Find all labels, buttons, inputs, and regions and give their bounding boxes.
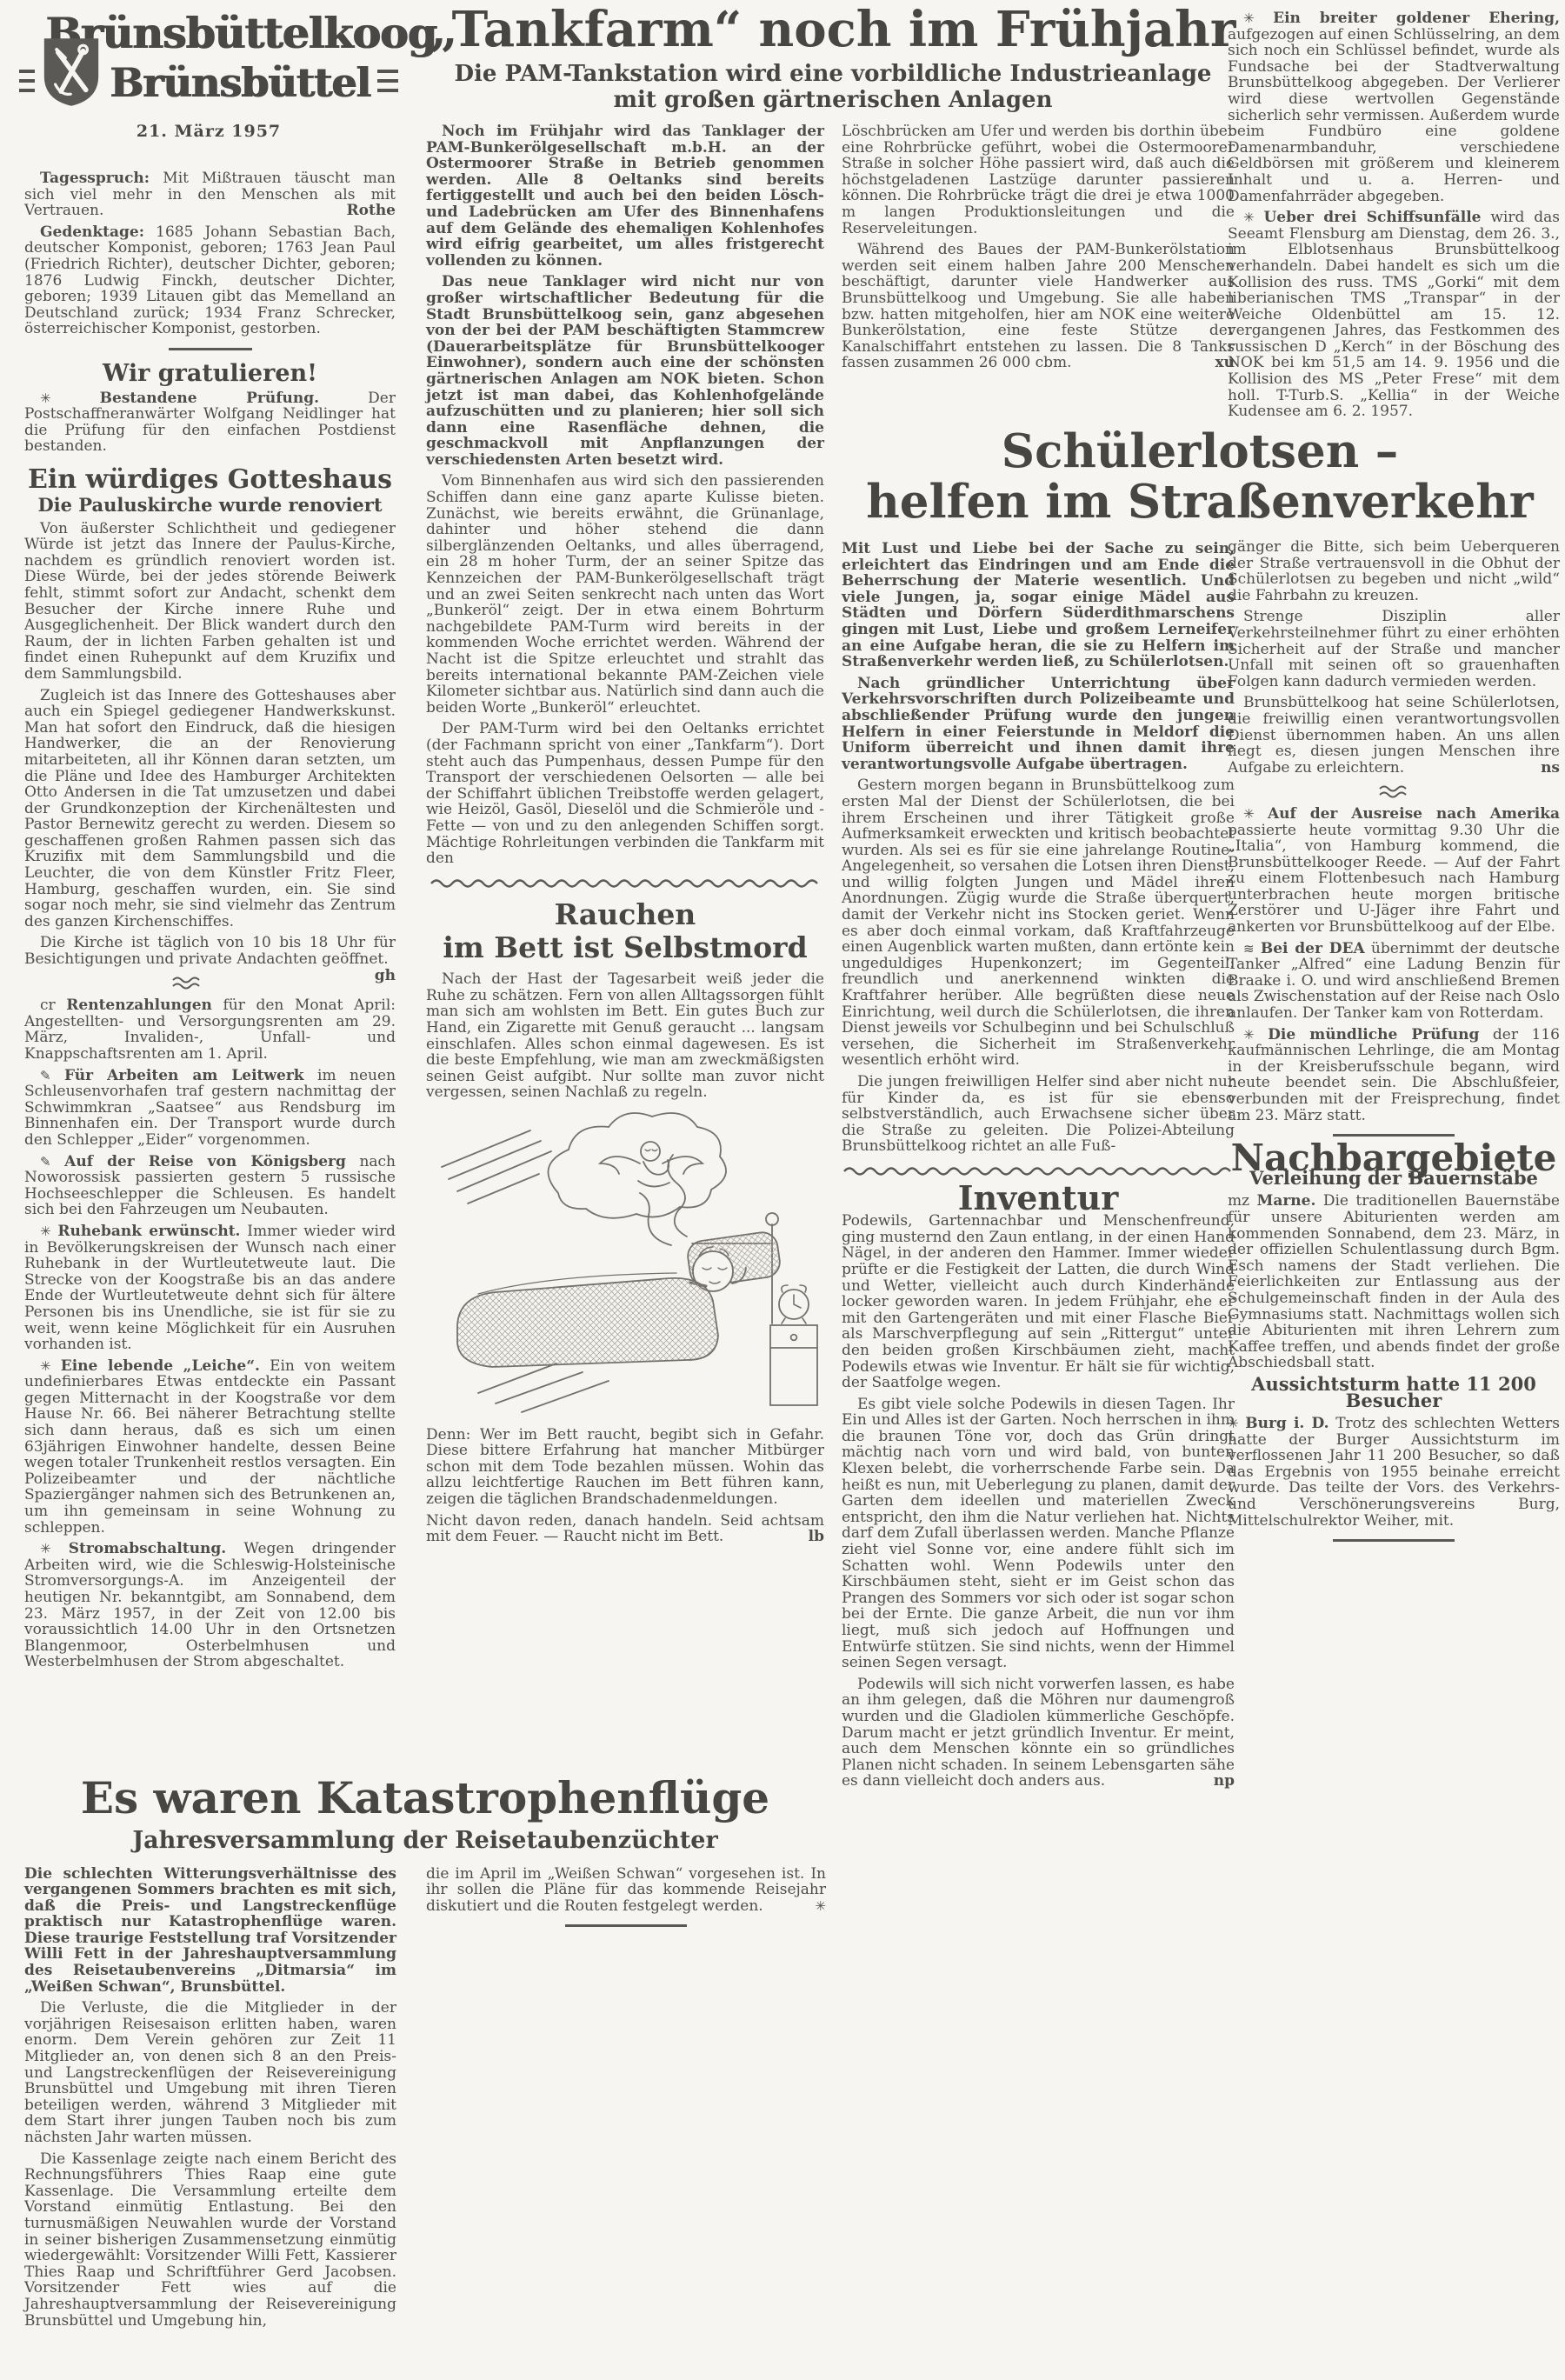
wave-icon bbox=[24, 975, 396, 991]
news-brief: ✎ Auf der Reise von Königsberg nach Nowo… bbox=[24, 1154, 396, 1218]
tankfarm-subhead-1: Die PAM-Tankstation wird eine vorbildlic… bbox=[424, 61, 1242, 87]
article-paragraph: Die Kassenlage zeigte nach einem Bericht… bbox=[24, 2151, 396, 2330]
brief-lead: Eine lebende „Leiche“. bbox=[61, 1357, 260, 1375]
masthead-title-line2: Brünsbüttel bbox=[110, 63, 370, 103]
gratulieren-headline: Wir gratulieren! bbox=[24, 361, 396, 387]
paragraph-text: Podewils will sich nicht vorwerfen lasse… bbox=[842, 1676, 1235, 1790]
divider bbox=[1333, 1539, 1455, 1542]
brief-lead: Rentenzahlungen bbox=[66, 997, 212, 1014]
speedlines-right-icon bbox=[377, 70, 398, 96]
article-paragraph: Die Verluste, die die Mitglieder in der … bbox=[24, 2000, 396, 2145]
rauchen-headline: Rauchenim Bett ist Selbstmord bbox=[426, 898, 824, 964]
paragraph-text: Die Kirche ist täglich von 10 bis 18 Uhr… bbox=[24, 934, 396, 968]
column-4-upper: ✳ Ein breiter goldener Ehering, aufgezog… bbox=[1228, 10, 1560, 425]
gedenktage: Gedenktage: 1685 Johann Sebastian Bach, … bbox=[24, 224, 396, 337]
gotteshaus-subhead: Die Pauluskirche wurde renoviert bbox=[24, 497, 396, 514]
brief-text: Ein von weitem undefinierbares Etwas ent… bbox=[24, 1357, 396, 1537]
brief-lead: Auf der Ausreise nach Amerika bbox=[1268, 805, 1560, 823]
author-initials: np bbox=[1189, 1773, 1235, 1790]
bed-smoking-cartoon bbox=[426, 1106, 824, 1423]
article-paragraph: Löschbrücken am Ufer und werden bis dort… bbox=[842, 123, 1235, 237]
column-3-lower: Mit Lust und Liebe bei der Sache zu sein… bbox=[842, 541, 1235, 1795]
tagesspruch-label: Tagesspruch: bbox=[40, 170, 150, 187]
tagesspruch-author: Rothe bbox=[323, 203, 396, 219]
article-paragraph: Nach der Hast der Tagesarbeit weiß jeder… bbox=[426, 971, 824, 1101]
katastrophenfluege-subhead: Jahresversammlung der Reisetaubenzüchter bbox=[24, 1827, 826, 1854]
news-brief: ✳ Auf der Ausreise nach Amerika passiert… bbox=[1228, 806, 1560, 936]
brief-lead: Auf der Reise von Königsberg bbox=[64, 1153, 346, 1170]
pen-icon: ✎ bbox=[40, 1068, 51, 1083]
brief-text: aufgezogen auf einen Schlüsselring, an d… bbox=[1228, 26, 1560, 205]
article-paragraph: Es gibt viele solche Podewils in diesen … bbox=[842, 1397, 1235, 1671]
star-icon: ✳ bbox=[40, 390, 51, 406]
article-paragraph: Zugleich ist das Innere des Gotteshauses… bbox=[24, 688, 396, 930]
news-brief: ✳ Eine lebende „Leiche“. Ein von weitem … bbox=[24, 1358, 396, 1537]
brief-lead: Bei der DEA bbox=[1261, 940, 1365, 957]
tagesspruch: Tagesspruch: Mit Mißtrauen täuscht man s… bbox=[24, 170, 396, 219]
article-paragraph: Der PAM-Turm wird bei den Oeltanks erric… bbox=[426, 721, 824, 866]
author-initials: gh bbox=[350, 968, 396, 984]
inventur-headline: Inventur bbox=[842, 1190, 1235, 1207]
star-icon: ✳ bbox=[40, 1223, 51, 1239]
wave-chain-divider bbox=[842, 1162, 1235, 1178]
article-paragraph: Podewils will sich nicht vorwerfen lasse… bbox=[842, 1677, 1235, 1790]
article-paragraph: Noch im Frühjahr wird das Tanklager der … bbox=[426, 123, 824, 269]
column-1: Tagesspruch: Mit Mißtrauen täuscht man s… bbox=[24, 170, 396, 1676]
brief-lead: Burg i. D. bbox=[1245, 1415, 1329, 1432]
paragraph-text: Während des Baues der PAM-Bunkerölstatio… bbox=[842, 241, 1235, 371]
paragraph-text: Brunsbüttelkoog hat seine Schülerlotsen,… bbox=[1228, 694, 1560, 776]
brief-lead: Ruhebank erwünscht. bbox=[57, 1223, 240, 1240]
news-brief: cr Rentenzahlungen für den Monat April: … bbox=[24, 997, 396, 1062]
coat-of-arms-icon bbox=[40, 35, 103, 113]
star-icon: ✳ bbox=[1243, 1027, 1255, 1043]
schuelerlotsen-headline-line1: Schülerlotsen – bbox=[1002, 424, 1398, 478]
article-paragraph: Die schlechten Witterungsverhältnisse de… bbox=[24, 1866, 396, 1996]
brief-lead: Für Arbeiten am Leitwerk bbox=[64, 1067, 304, 1084]
article-paragraph: die im April im „Weißen Schwan“ vorgeseh… bbox=[426, 1866, 826, 1915]
masthead: Brünsbüttelkoog Brünsbüttel 21. März 195… bbox=[19, 12, 398, 141]
brief-text: Die traditionellen Bauernstäbe für unser… bbox=[1228, 1192, 1560, 1371]
brief-text: Wegen dringender Arbeiten wird, wie die … bbox=[24, 1540, 396, 1670]
tankfarm-subhead-2: mit großen gärtnerischen Anlagen bbox=[424, 87, 1242, 113]
article-paragraph: Die jungen freiwilligen Helfer sind aber… bbox=[842, 1074, 1235, 1155]
column-2: Noch im Frühjahr wird das Tanklager der … bbox=[426, 123, 824, 1550]
star-icon: ✳ bbox=[1228, 1416, 1239, 1431]
star-icon: ✳ bbox=[1243, 10, 1255, 26]
tankfarm-headline-block: „Tankfarm“ noch im Frühjahr Die PAM-Tank… bbox=[424, 5, 1242, 113]
article-paragraph: Brunsbüttelkoog hat seine Schülerlotsen,… bbox=[1228, 695, 1560, 776]
wave-chain-divider bbox=[426, 874, 824, 890]
brief-text: passierte heute vormittag 9.30 Uhr die „… bbox=[1228, 822, 1560, 937]
article-paragraph: Gestern morgen begann in Brunsbüttelkoog… bbox=[842, 777, 1235, 1069]
brief-text: Trotz des schlechten Wetters hatte der B… bbox=[1228, 1415, 1560, 1530]
article-paragraph: Das neue Tanklager wird nicht nur von gr… bbox=[426, 274, 824, 468]
star-icon: ✳ bbox=[806, 1898, 826, 1915]
katastrophenfluege-columns: Die schlechten Witterungsverhältnisse de… bbox=[24, 1866, 826, 2335]
correspondent-prefix: mz bbox=[1228, 1192, 1249, 1210]
masthead-row: Brünsbüttel bbox=[19, 52, 398, 113]
article-paragraph: Strenge Disziplin aller Verkehrsteilnehm… bbox=[1228, 609, 1560, 690]
author-initials: lb bbox=[800, 1529, 824, 1545]
star-icon: ✳ bbox=[40, 1358, 51, 1374]
brief-lead: Stromabschaltung. bbox=[69, 1540, 226, 1557]
article-paragraph: Podewils, Gartennachbar und Menschenfreu… bbox=[842, 1213, 1235, 1391]
article-paragraph: Von äußerster Schlichtheit und gediegene… bbox=[24, 521, 396, 683]
news-brief: ✳ Burg i. D. Trotz des schlechten Wetter… bbox=[1228, 1416, 1560, 1529]
news-brief: ≋ Bei der DEA übernimmt der deutsche Tan… bbox=[1228, 941, 1560, 1022]
pen-icon: ✎ bbox=[40, 1154, 51, 1170]
article-paragraph: gänger die Bitte, sich beim Ueberqueren … bbox=[1228, 539, 1560, 603]
nachbargebiete-headline: Nachbargebiete bbox=[1228, 1150, 1560, 1167]
author-initials: ns bbox=[1516, 760, 1560, 777]
gedenktage-text: 1685 Johann Sebastian Bach, deutscher Ko… bbox=[24, 223, 396, 338]
tankfarm-headline: „Tankfarm“ noch im Frühjahr bbox=[424, 5, 1242, 54]
rauchen-headline-line1: Rauchen bbox=[555, 897, 696, 931]
article-paragraph: Denn: Wer im Bett raucht, begibt sich in… bbox=[426, 1427, 824, 1508]
column-4-lower: gänger die Bitte, sich beim Ueberqueren … bbox=[1228, 539, 1560, 1552]
news-brief: ✳ Ein breiter goldener Ehering, aufgezog… bbox=[1228, 10, 1560, 204]
column-3-upper: Löschbrücken am Ufer und werden bis dort… bbox=[842, 123, 1235, 377]
katastrophenfluege-headline: Es waren Katastrophenflüge bbox=[24, 1776, 826, 1822]
article-paragraph: Mit Lust und Liebe bei der Sache zu sein… bbox=[842, 541, 1235, 670]
issue-date: 21. März 1957 bbox=[19, 122, 398, 141]
brief-lead: Ueber drei Schiffsunfälle bbox=[1263, 209, 1481, 226]
star-icon: ✳ bbox=[1243, 210, 1255, 225]
aussichtsturm-subhead: Aussichtsturm hatte 11 200 Besucher bbox=[1228, 1377, 1560, 1409]
katastrophenfluege-article: Es waren Katastrophenflüge Jahresversamm… bbox=[24, 1776, 826, 2334]
schuelerlotsen-headline: Schülerlotsen –helfen im Straßenverkehr bbox=[842, 426, 1558, 527]
speedlines-left-icon bbox=[19, 70, 35, 96]
paragraph-text: die im April im „Weißen Schwan“ vorgeseh… bbox=[426, 1865, 826, 1915]
news-brief: ✳ Stromabschaltung. Wegen dringender Arb… bbox=[24, 1541, 396, 1670]
news-brief: ✳ Die mündliche Prüfung der 116 kaufmänn… bbox=[1228, 1027, 1560, 1124]
divider bbox=[169, 348, 252, 350]
news-brief: mz Marne. Die traditionellen Bauernstäbe… bbox=[1228, 1193, 1560, 1371]
news-brief: ✎ Für Arbeiten am Leitwerk im neuen Schl… bbox=[24, 1068, 396, 1149]
brief-text: wird das Seeamt Flensburg am Dienstag, d… bbox=[1228, 209, 1560, 420]
newspaper-page: { "masthead": { "title_line1": "Brünsbüt… bbox=[0, 0, 1565, 2380]
gedenktage-label: Gedenktage: bbox=[40, 223, 144, 241]
paragraph-text: Nicht davon reden, danach handeln. Seid … bbox=[426, 1512, 824, 1546]
brief-lead: Ein breiter goldener Ehering, bbox=[1273, 10, 1560, 27]
article-paragraph: Nicht davon reden, danach handeln. Seid … bbox=[426, 1513, 824, 1545]
katastrophenfluege-right-column: die im April im „Weißen Schwan“ vorgeseh… bbox=[426, 1866, 826, 2335]
brief-lead: Die mündliche Prüfung bbox=[1268, 1026, 1479, 1043]
article-paragraph: Die Kirche ist täglich von 10 bis 18 Uhr… bbox=[24, 935, 396, 967]
article-paragraph: Während des Baues der PAM-Bunkerölstatio… bbox=[842, 242, 1235, 371]
divider bbox=[565, 1924, 687, 1927]
rauchen-headline-line2: im Bett ist Selbstmord bbox=[443, 930, 807, 964]
correspondent-prefix: cr bbox=[40, 997, 56, 1014]
schuelerlotsen-headline-block: Schülerlotsen –helfen im Straßenverkehr bbox=[842, 426, 1558, 527]
star-icon: ✳ bbox=[1243, 806, 1255, 822]
brief-text: Immer wieder wird in Bevölkerungskreisen… bbox=[24, 1223, 396, 1353]
schuelerlotsen-headline-line2: helfen im Straßenverkehr bbox=[866, 475, 1533, 529]
brief-lead: Marne. bbox=[1257, 1192, 1316, 1210]
article-paragraph: Nach gründlicher Unterrichtung über Verk… bbox=[842, 676, 1235, 773]
article-paragraph: Vom Binnenhafen aus wird sich den passie… bbox=[426, 473, 824, 716]
star-icon: ✳ bbox=[40, 1541, 51, 1557]
brief-lead: Bestandene Prüfung. bbox=[100, 390, 319, 407]
wave-icon bbox=[1228, 783, 1560, 799]
bauernstaebe-subhead: Verleihung der Bauernstäbe bbox=[1228, 1170, 1560, 1187]
news-brief: ✳ Ruhebank erwünscht. Immer wieder wird … bbox=[24, 1223, 396, 1353]
news-brief: ✳ Bestandene Prüfung. Der Postschaffnera… bbox=[24, 390, 396, 455]
gotteshaus-headline: Ein würdiges Gotteshaus bbox=[24, 465, 396, 494]
news-brief: ✳ Ueber drei Schiffsunfälle wird das See… bbox=[1228, 210, 1560, 420]
katastrophenfluege-left-column: Die schlechten Witterungsverhältnisse de… bbox=[24, 1866, 396, 2335]
wave-icon: ≋ bbox=[1243, 941, 1255, 957]
